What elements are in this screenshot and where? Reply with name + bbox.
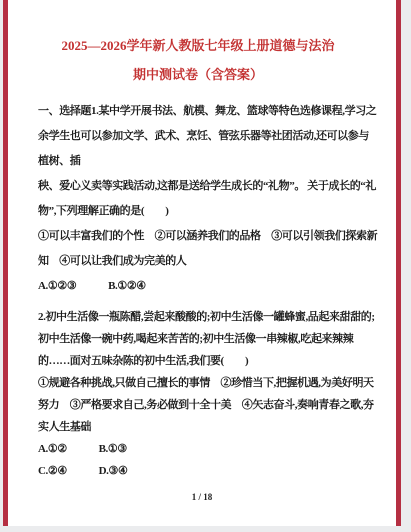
question2-options-line-cd: C.②④ D.③④ xyxy=(38,460,388,482)
document-viewer: 2025—2026学年新人教版七年级上册道德与法治 期中测试卷（含答案） 一、选… xyxy=(0,0,411,532)
question2-text-line: 初中生活像一碗中药,喝起来苦苦的;初中生活像一串辣椒,吃起来辣辣 xyxy=(38,328,388,350)
page-edge-accent-left xyxy=(3,0,8,526)
question1-choices-line: ①可以丰富我们的个性 ②可以涵养我们的品格 ③可以引领我们探索新 xyxy=(38,224,388,249)
question2-text-line: 2.初中生活像一瓶陈醋,尝起来酸酸的;初中生活像一罐蜂蜜,品起来甜甜的; xyxy=(38,306,388,328)
document-body: 一、选择题1.某中学开展书法、航模、舞龙、篮球等特色选修课程,学习之 余学生也可… xyxy=(38,99,388,482)
page-number: 1 / 18 xyxy=(8,492,396,502)
question1-text-line: 植树、插 xyxy=(38,149,388,174)
document-page: 2025—2026学年新人教版七年级上册道德与法治 期中测试卷（含答案） 一、选… xyxy=(8,0,396,526)
viewer-gutter-right xyxy=(401,0,411,532)
viewer-gutter-bottom xyxy=(0,526,411,532)
question2-choices-line: ①规避各种挑战,只做自己擅长的事情 ②珍惜当下,把握机遇,为美好明天 xyxy=(38,372,388,394)
question1-text-line: 秧、爱心义卖等实践活动,这都是送给学生成长的“礼物”。 关于成长的“礼 xyxy=(38,174,388,199)
question1-text-line: 一、选择题1.某中学开展书法、航模、舞龙、篮球等特色选修课程,学习之 xyxy=(38,99,388,124)
question1-choices-line: 知 ④可以让我们成为完美的人 xyxy=(38,249,388,274)
document-title: 2025—2026学年新人教版七年级上册道德与法治 期中测试卷（含答案） xyxy=(28,38,368,83)
document-title-line2: 期中测试卷（含答案） xyxy=(28,67,368,83)
question2-choices-line: 努力 ③严格要求自己,务必做到十全十美 ④矢志奋斗,奏响青春之歌,夯 xyxy=(38,394,388,416)
question2-choices-line: 实人生基础 xyxy=(38,416,388,438)
question2-options-line-ab: A.①② B.①③ xyxy=(38,438,388,460)
question1-text-line: 物”,下列理解正确的是( ) xyxy=(38,199,388,224)
question1-options-line: A.①②③ B.①②④ xyxy=(38,274,388,299)
question1-text-line: 余学生也可以参加文学、武术、烹饪、管弦乐器等社团活动,还可以参与 xyxy=(38,124,388,149)
question2-text-line: 的……面对五味杂陈的初中生活,我们要( ) xyxy=(38,350,388,372)
document-title-line1: 2025—2026学年新人教版七年级上册道德与法治 xyxy=(28,38,368,54)
